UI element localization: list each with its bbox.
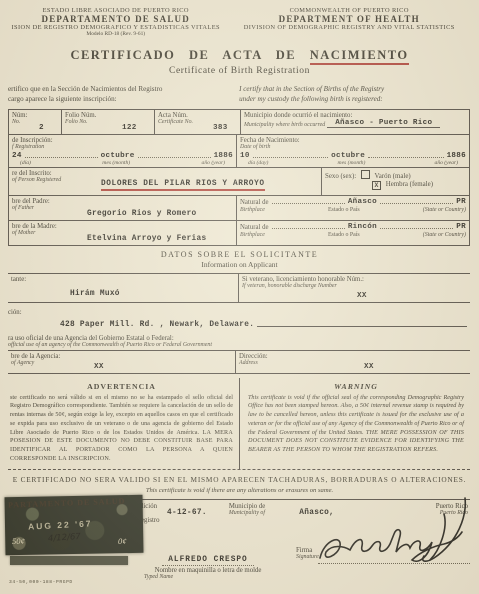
form-number: 34-50,000-188-PRGPD [9, 580, 73, 585]
father-state-value: PR [456, 198, 466, 206]
agency-name-field: bre de la Agencia: of Agency XX [8, 351, 235, 373]
state-or-country-label-en: (State or Country) [423, 207, 466, 213]
stamp-denomination-right: 0¢ [118, 536, 127, 546]
registration-month-sub: mes (month) [102, 160, 130, 166]
advertencia-column: ADVERTENCIA ste certificado no será váli… [8, 378, 239, 470]
birth-day: 10 [240, 152, 250, 160]
num-sublabel: No. [12, 119, 58, 125]
department-name-es: DEPARTAMENTO DE SALUD [6, 14, 225, 24]
agency-address-field: Dirección: Address XX [235, 351, 470, 373]
applicant-address-value: 428 Paper Mill. Rd. , Newark, Delaware. [60, 321, 254, 329]
typed-name-sublabel: Typed Name [144, 574, 278, 580]
registered-name-label: re del Inscrito: [12, 170, 318, 177]
agency-address-label: Dirección: [239, 353, 467, 360]
birth-day-sub: día (day) [248, 160, 268, 166]
num-value: 2 [39, 124, 44, 132]
certify-es-line1: ertifico que en la Sección de Nacimiento… [8, 84, 225, 94]
table-row: bre de la Madre: of Mother Etelvina Arro… [9, 220, 469, 245]
female-label: Hembra (female) [386, 181, 433, 188]
mother-name-field: bre de la Madre: of Mother Etelvina Arro… [9, 221, 236, 245]
acta-field: Acta Núm. Certificate No. 383 [154, 110, 240, 134]
certify-intro: ertifico que en la Sección de Nacimiento… [8, 84, 470, 105]
registered-name-value: DOLORES DEL PILAR RIOS Y ARROYO [101, 180, 265, 191]
form-model: Modelo RD-18 (Rev. 9-61) [6, 31, 225, 37]
municipality-value: Añasco - Puerto Rico [327, 119, 440, 128]
birth-date-label: Fecha de Nacimiento: [240, 137, 466, 144]
advertencia-title: ADVERTENCIA [10, 382, 233, 391]
applicant-address-row: ción: 428 Paper Mill. Rd. , Newark, Dela… [8, 307, 470, 331]
applicant-address-label: ción: [8, 307, 470, 316]
father-name-field: bre del Padre: of Father Gregorio Rios y… [9, 196, 236, 220]
folio-sublabel: Folio No. [65, 119, 151, 125]
male-checkbox [361, 170, 370, 179]
division-line-es: ISION DE REGISTRO DEMOGRAFICO Y ESTADIST… [6, 24, 225, 31]
mother-birthplace-field: Natural de Rincón PR Birthplace Estado o… [236, 221, 469, 245]
birth-date-field: Fecha de Nacimiento: Date of birth 10 oc… [236, 135, 469, 167]
letterhead-spanish: ESTADO LIBRE ASOCIADO DE PUERTO RICO DEP… [6, 7, 225, 37]
certify-intro-en: I certify that in the Section of Births … [225, 84, 470, 105]
document-title: CERTIFICADO DE ACTA DE NACIMIENTO [0, 48, 479, 63]
registration-year-sub: año (year) [202, 160, 225, 166]
birth-month: octubre [331, 152, 365, 160]
mother-state-value: PR [456, 223, 466, 231]
num-field: Núm: No. 2 [9, 110, 61, 134]
male-label: Varón (male) [375, 173, 411, 180]
void-notice-es: E CERTIFICADO NO SERA VALIDO SI EN EL MI… [0, 475, 479, 484]
mother-birthplace-value: Rincón [348, 223, 377, 231]
father-birthplace-value: Añasco [348, 198, 377, 206]
table-row: Núm: No. 2 Folio Núm. Folio No. 122 Acta… [9, 110, 469, 134]
registrar-signature [292, 492, 477, 577]
notice-columns: ADVERTENCIA ste certificado no será váli… [8, 378, 470, 471]
folio-value: 122 [122, 124, 137, 132]
registration-date-label: de Inscripción: [12, 137, 233, 144]
registrar-typed-name: ALFREDO CRESPO [162, 556, 254, 566]
agency-sublabel: of Agency [11, 360, 232, 366]
father-value: Gregorio Rios y Romero [87, 210, 197, 218]
veteran-value: XX [357, 292, 367, 300]
state-or-country-label-es: Estado o País [328, 207, 360, 213]
warning-column: WARNING This certificate is void if the … [239, 378, 470, 470]
applicant-title-en: Information on Applicant [0, 260, 479, 269]
municipality-label: Municipio donde ocurrió el nacimiento: [244, 112, 466, 119]
applicant-name-field: tante: Hirám Muxó [8, 274, 238, 302]
applicant-name-row: tante: Hirám Muxó Si veterano, licenciam… [8, 273, 470, 303]
birth-month-sub: mes (month) [338, 160, 366, 166]
sex-label: Sexo (sex): [325, 173, 356, 180]
birthplace-label: Natural de [240, 199, 269, 206]
stamp-denomination-left: 50¢ [12, 536, 25, 546]
issue-date-value: 4-12-67. [167, 509, 207, 517]
typed-name-label: Nombre en maquinilla o letra de molde [138, 567, 278, 574]
birthplace-label: Natural de [240, 224, 269, 231]
veteran-field: Si veterano, licenciamiento honorable Nú… [238, 274, 470, 302]
typed-name-block: ALFREDO CRESPO Nombre en maquinilla o le… [138, 548, 278, 580]
birth-year-sub: año (year) [435, 160, 458, 166]
agency-address-sublabel: Address [239, 360, 467, 366]
official-use-sublabel: official use of an agency of the Commonw… [8, 342, 470, 348]
letterhead: ESTADO LIBRE ASOCIADO DE PUERTO RICO DEP… [0, 0, 479, 37]
birth-certificate-document: ESTADO LIBRE ASOCIADO DE PUERTO RICO DEP… [0, 0, 479, 594]
applicant-section-header: DATOS SOBRE EL SOLICITANTE Information o… [0, 250, 479, 269]
registered-name-field: re del Inscrito: of Person Registered DO… [9, 168, 321, 195]
folio-field: Folio Núm. Folio No. 122 [61, 110, 154, 134]
registration-date-sublabel: f Registration [12, 144, 233, 150]
advertencia-body: ste certificado no será válido si en el … [10, 395, 233, 436]
document-subtitle: Certificate of Birth Registration [0, 66, 479, 76]
agency-value: XX [94, 363, 104, 371]
female-checkbox-checked: X [372, 181, 381, 190]
father-label: bre del Padre: [12, 198, 233, 205]
official-use-label: ra uso oficial de una Agencia del Gobier… [8, 335, 470, 342]
registration-day: 24 [12, 152, 22, 160]
mother-value: Etelvina Arroyo y Ferias [87, 235, 207, 243]
official-use-row: ra uso oficial de una Agencia del Gobier… [8, 335, 470, 351]
municipality-field: Municipio donde ocurrió el nacimiento: M… [240, 110, 469, 134]
table-row: bre del Padre: of Father Gregorio Rios y… [9, 195, 469, 220]
certify-intro-es: ertifico que en la Sección de Nacimiento… [8, 84, 225, 105]
title-prefix: CERTIFICADO DE ACTA DE [70, 48, 296, 62]
registration-year: 1886 [214, 152, 233, 160]
birth-date-sublabel: Date of birth [240, 144, 466, 150]
birth-year: 1886 [447, 152, 466, 160]
mother-label: bre de la Madre: [12, 223, 233, 230]
applicant-name-value: Hirám Muxó [70, 290, 120, 298]
registration-table: Núm: No. 2 Folio Núm. Folio No. 122 Acta… [8, 109, 470, 246]
warning-title: WARNING [248, 382, 464, 391]
veteran-sublabel: If veteran, honorable discharge Number [242, 283, 467, 289]
division-line-en: DIVISION OF DEMOGRAPHIC REGISTRY AND VIT… [225, 24, 473, 31]
agency-line-es: ESTADO LIBRE ASOCIADO DE PUERTO RICO [6, 7, 225, 14]
applicant-title-es: DATOS SOBRE EL SOLICITANTE [0, 250, 479, 259]
agency-row: bre de la Agencia: of Agency XX Direcció… [8, 351, 470, 374]
registration-date-field: de Inscripción: f Registration 24 octubr… [9, 135, 236, 167]
department-name-en: DEPARTMENT OF HEALTH [225, 14, 473, 24]
letterhead-english: COMMONWEALTH OF PUERTO RICO DEPARTMENT O… [225, 7, 473, 37]
father-birthplace-field: Natural de Añasco PR Birthplace Estado o… [236, 196, 469, 220]
table-row: de Inscripción: f Registration 24 octubr… [9, 134, 469, 167]
num-label: Núm: [12, 112, 58, 119]
municipality-sublabel: Municipality where birth occurred [244, 122, 325, 128]
veteran-label: Si veterano, licenciamiento honorable Nú… [242, 276, 467, 283]
sex-field: Sexo (sex): Varón (male) X Hembra (femal… [321, 168, 469, 195]
acta-value: 383 [213, 124, 228, 132]
revenue-stamp-strip [10, 556, 128, 565]
table-row: re del Inscrito: of Person Registered DO… [9, 167, 469, 195]
folio-label: Folio Núm. [65, 112, 151, 119]
acta-label: Acta Núm. [158, 112, 237, 119]
birthplace-sublabel: Birthplace [240, 207, 265, 213]
agency-label: bre de la Agencia: [11, 353, 232, 360]
birthplace-sublabel: Birthplace [240, 232, 265, 238]
agency-line-en: COMMONWEALTH OF PUERTO RICO [225, 7, 473, 14]
state-or-country-label-en: (State or Country) [423, 232, 466, 238]
agency-address-value: XX [364, 363, 374, 371]
certify-es-line2: cargo aparece la siguiente inscripción: [8, 94, 225, 104]
issue-municipality-sublabel: Municipality of [229, 510, 265, 516]
title-underlined-word: NACIMIENTO [310, 48, 409, 65]
registration-day-sub: (día) [20, 160, 31, 166]
certify-en-line2: under my custody the following birth is … [239, 94, 470, 104]
applicant-name-label: tante: [11, 276, 235, 283]
state-or-country-label-es: Estado o País [328, 232, 360, 238]
certify-en-line1: I certify that in the Section of Births … [239, 84, 470, 94]
registration-month: octubre [101, 152, 135, 160]
